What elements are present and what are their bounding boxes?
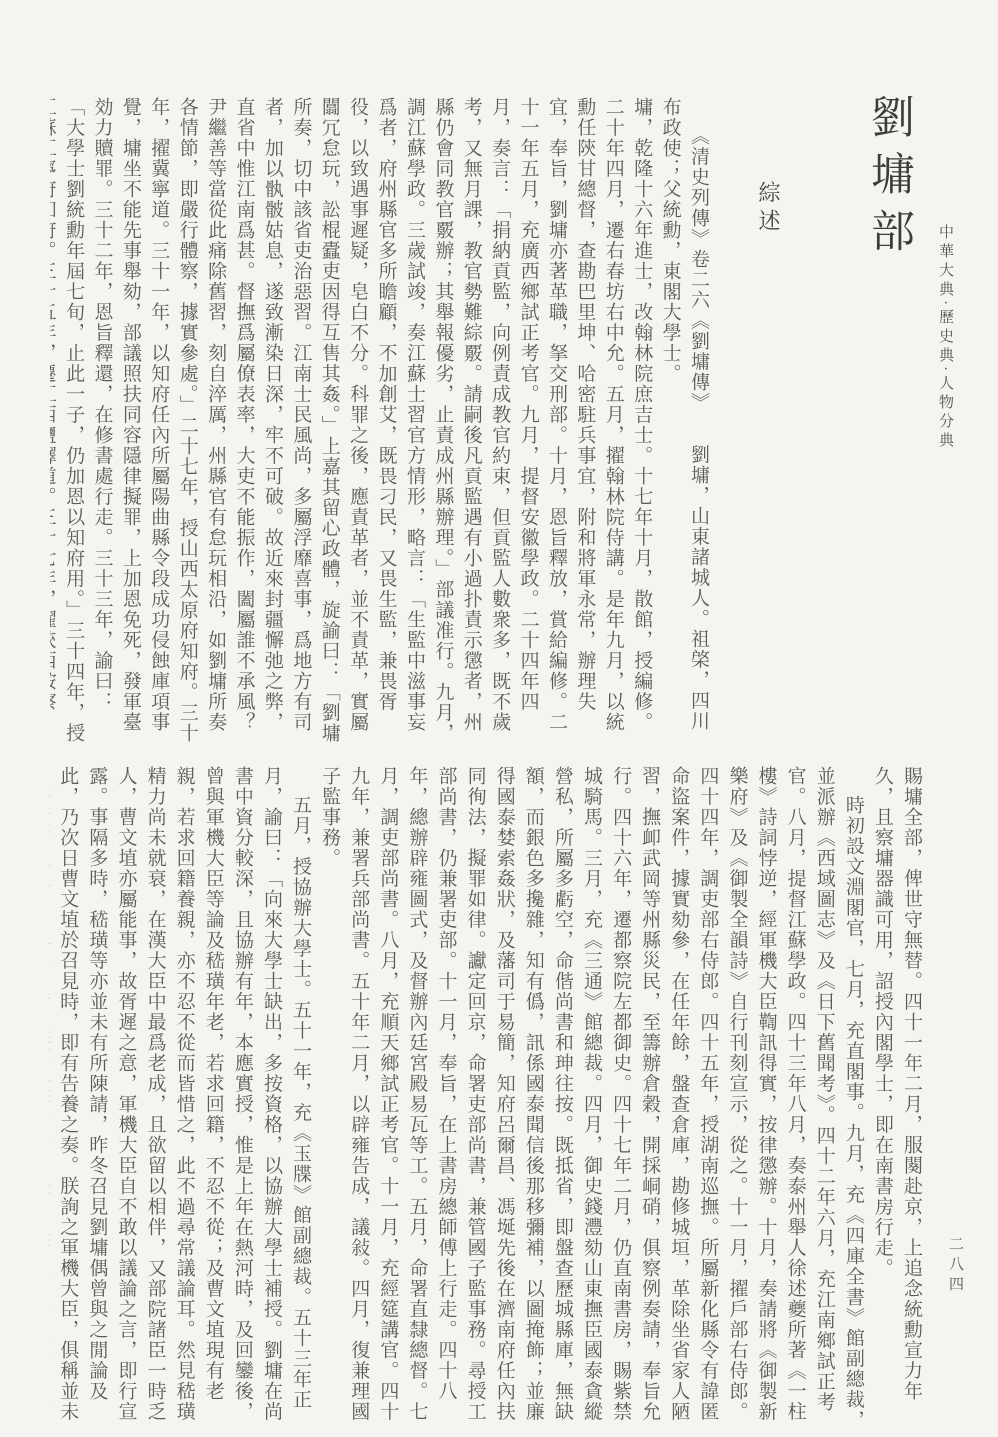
section-heading: 綜述 (753, 181, 784, 237)
text-block-bottom: 賜墉全部，俾世守無替。四十一年二月，服闋赴京，上追念統勳宣力年久，且察墉器識可用… (49, 766, 926, 1432)
paragraph: 賜墉全部，俾世守無替。四十一年二月，服闋赴京，上追念統勳宣力年久，且察墉器識可用… (868, 766, 926, 1432)
text-block-top: 《清史列傳》卷二六《劉墉傳》 劉墉，山東諸城人。祖棨，四川布政使；父統勳，東閣大… (50, 97, 712, 749)
paragraph: 墉，乾隆十六年進士，改翰林院庶吉士。十七年十月，散館，授編修。二十年四月，遷右春… (50, 97, 655, 749)
part-title: 劉墉部 (856, 94, 920, 265)
paragraph: 時初設文淵閣官，七月，充直閣事。九月，充《四庫全書》館副總裁，並派辦《西域圖志》… (315, 766, 868, 1432)
edition-header: 中華大典·歷史典·人物分典 (935, 224, 956, 451)
paragraph: 《清史列傳》卷二六《劉墉傳》 劉墉，山東諸城人。祖棨，四川布政使；父統勳，東閣大… (655, 97, 712, 749)
paragraph: 五月，授協辦大學士。五十一年，充《玉牒》館副總裁。五十三年正月，諭曰：「向來大學… (49, 766, 315, 1432)
book-page: 中華大典·歷史典·人物分典 劉墉部 綜述 《清史列傳》卷二六《劉墉傳》 劉墉，山… (0, 0, 998, 1437)
folio-page-number: 二八四 (945, 1236, 966, 1296)
